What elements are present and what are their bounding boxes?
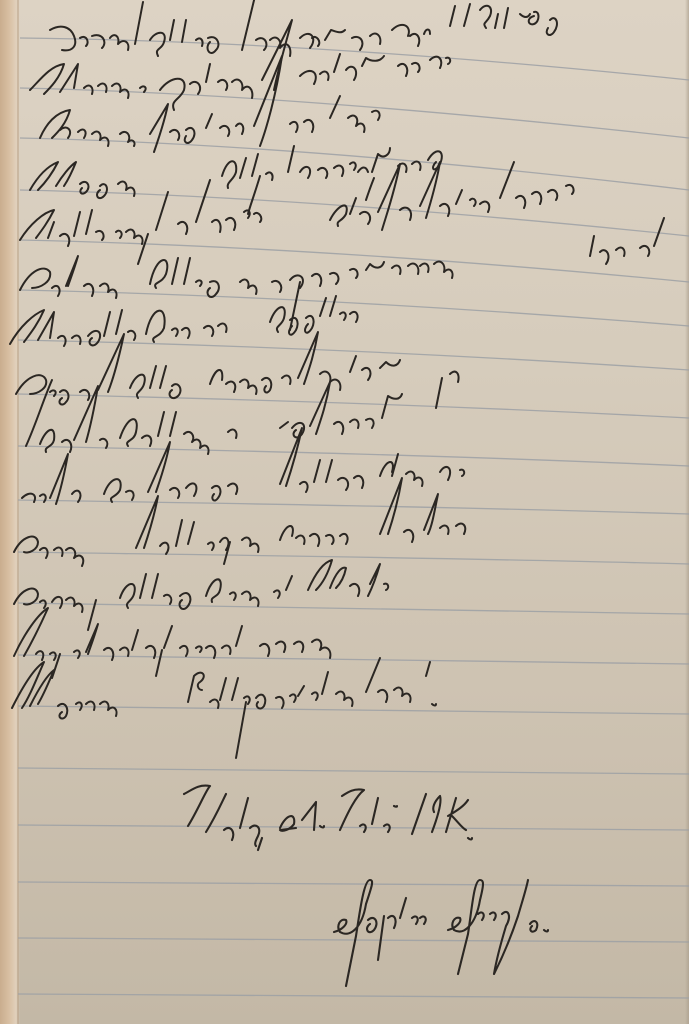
poem-line-14-strokes xyxy=(12,658,436,758)
poem-line-12-strokes xyxy=(14,560,388,630)
notebook-page: Rettig Diesen Rettig sende ich Dir, Mein… xyxy=(0,0,689,1024)
poem-line-1-strokes xyxy=(50,0,430,56)
poem-line-3-strokes xyxy=(40,56,380,152)
poem-line-8-strokes xyxy=(16,332,459,408)
poem-line-13-strokes xyxy=(14,608,330,678)
poem-line-11-strokes xyxy=(14,478,465,566)
poem-line-5-strokes xyxy=(20,162,574,264)
header-fragment-strokes xyxy=(450,4,557,35)
handwriting-ink xyxy=(0,0,689,1024)
date-line-strokes xyxy=(184,786,472,850)
poem-line-7-strokes xyxy=(10,296,358,346)
signature-strokes xyxy=(334,880,548,986)
poem-line-2-strokes xyxy=(30,20,450,110)
poem-line-4-strokes xyxy=(30,146,442,214)
poem-line-10-strokes xyxy=(22,428,464,504)
